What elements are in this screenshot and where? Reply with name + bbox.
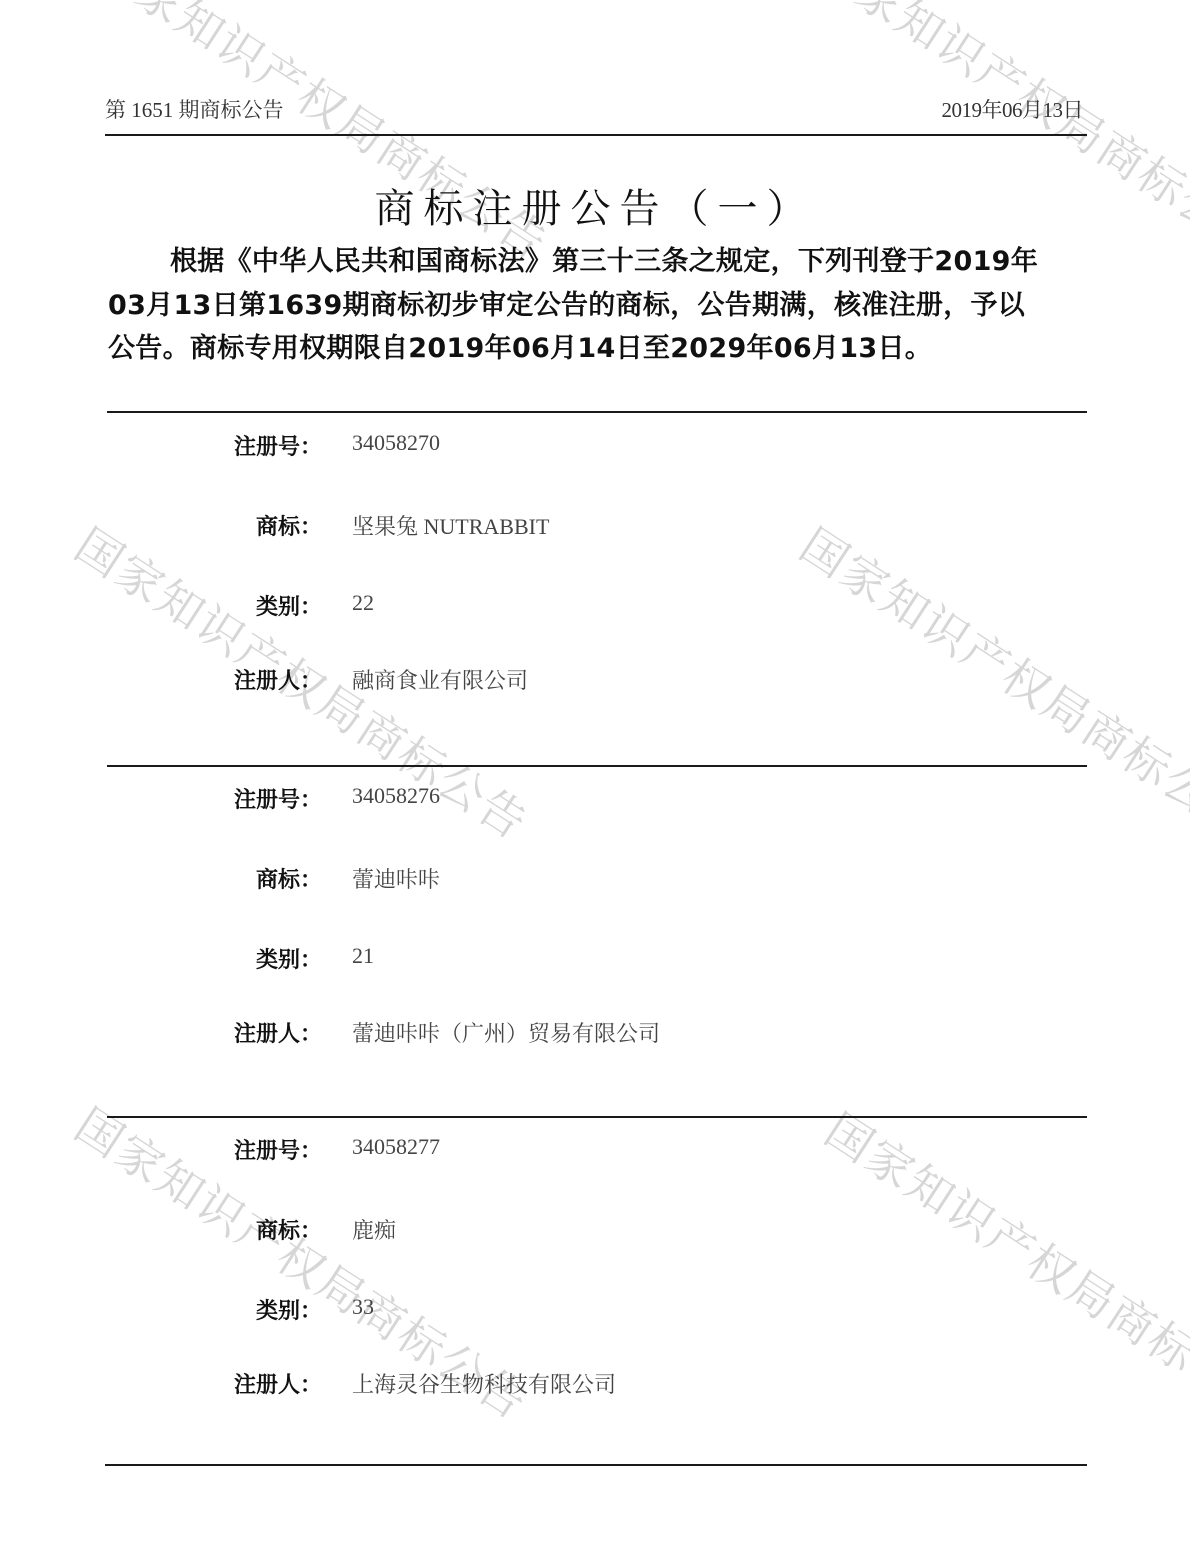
class-label: 类别：	[256, 590, 322, 621]
mark-value: 蕾迪咔咔	[352, 863, 440, 894]
class-value: 21	[352, 943, 374, 969]
class-row: 类别： 21	[0, 943, 1190, 973]
class-value: 22	[352, 590, 374, 616]
registrant-value: 蕾迪咔咔（广州）贸易有限公司	[352, 1017, 660, 1048]
section-divider	[107, 765, 1087, 767]
reg-no-value: 34058276	[352, 783, 440, 809]
mark-label: 商标：	[256, 863, 322, 894]
header-rule	[105, 134, 1087, 136]
mark-row: 商标： 坚果兔 NUTRABBIT	[0, 510, 1190, 540]
intro-line: 公告。商标专用权期限自2019年06月14日至2029年06月13日。	[108, 327, 1088, 371]
section-divider	[107, 1116, 1087, 1118]
reg-no-row: 注册号： 34058270	[0, 430, 1190, 460]
registrant-value: 上海灵谷生物科技有限公司	[352, 1368, 616, 1399]
class-value: 33	[352, 1294, 374, 1320]
reg-no-row: 注册号： 34058277	[0, 1134, 1190, 1164]
page-title: 商标注册公告（一）	[0, 177, 1190, 234]
mark-row: 商标： 鹿痴	[0, 1214, 1190, 1244]
registrant-row: 注册人： 上海灵谷生物科技有限公司	[0, 1368, 1190, 1398]
reg-no-label: 注册号：	[234, 783, 322, 814]
watermark-layer: 国家知识产权局商标公告 国家知识产权局商标公告 国家知识产权局商标公告 国家知识…	[0, 0, 1190, 1564]
reg-no-label: 注册号：	[234, 430, 322, 461]
issue-number: 第 1651 期商标公告	[105, 94, 284, 124]
publication-date: 2019年06月13日	[942, 94, 1084, 124]
intro-line: 根据《中华人民共和国商标法》第三十三条之规定，下列刊登于2019年	[108, 240, 1088, 284]
reg-no-row: 注册号： 34058276	[0, 783, 1190, 813]
mark-value: 鹿痴	[352, 1214, 396, 1245]
reg-no-value: 34058270	[352, 430, 440, 456]
registrant-label: 注册人：	[234, 1017, 322, 1048]
registrant-row: 注册人： 蕾迪咔咔（广州）贸易有限公司	[0, 1017, 1190, 1047]
class-label: 类别：	[256, 1294, 322, 1325]
class-label: 类别：	[256, 943, 322, 974]
mark-row: 商标： 蕾迪咔咔	[0, 863, 1190, 893]
section-divider	[105, 1464, 1087, 1466]
mark-label: 商标：	[256, 510, 322, 541]
registrant-label: 注册人：	[234, 664, 322, 695]
intro-paragraph: 根据《中华人民共和国商标法》第三十三条之规定，下列刊登于2019年 03月13日…	[108, 240, 1088, 371]
section-divider	[107, 411, 1087, 413]
mark-label: 商标：	[256, 1214, 322, 1245]
mark-value: 坚果兔 NUTRABBIT	[352, 510, 549, 541]
reg-no-label: 注册号：	[234, 1134, 322, 1165]
class-row: 类别： 33	[0, 1294, 1190, 1324]
registrant-row: 注册人： 融商食业有限公司	[0, 664, 1190, 694]
class-row: 类别： 22	[0, 590, 1190, 620]
reg-no-value: 34058277	[352, 1134, 440, 1160]
intro-line: 03月13日第1639期商标初步审定公告的商标，公告期满，核准注册，予以	[108, 284, 1088, 328]
registrant-label: 注册人：	[234, 1368, 322, 1399]
registrant-value: 融商食业有限公司	[352, 664, 528, 695]
page-header: 第 1651 期商标公告 2019年06月13日	[105, 94, 1087, 124]
